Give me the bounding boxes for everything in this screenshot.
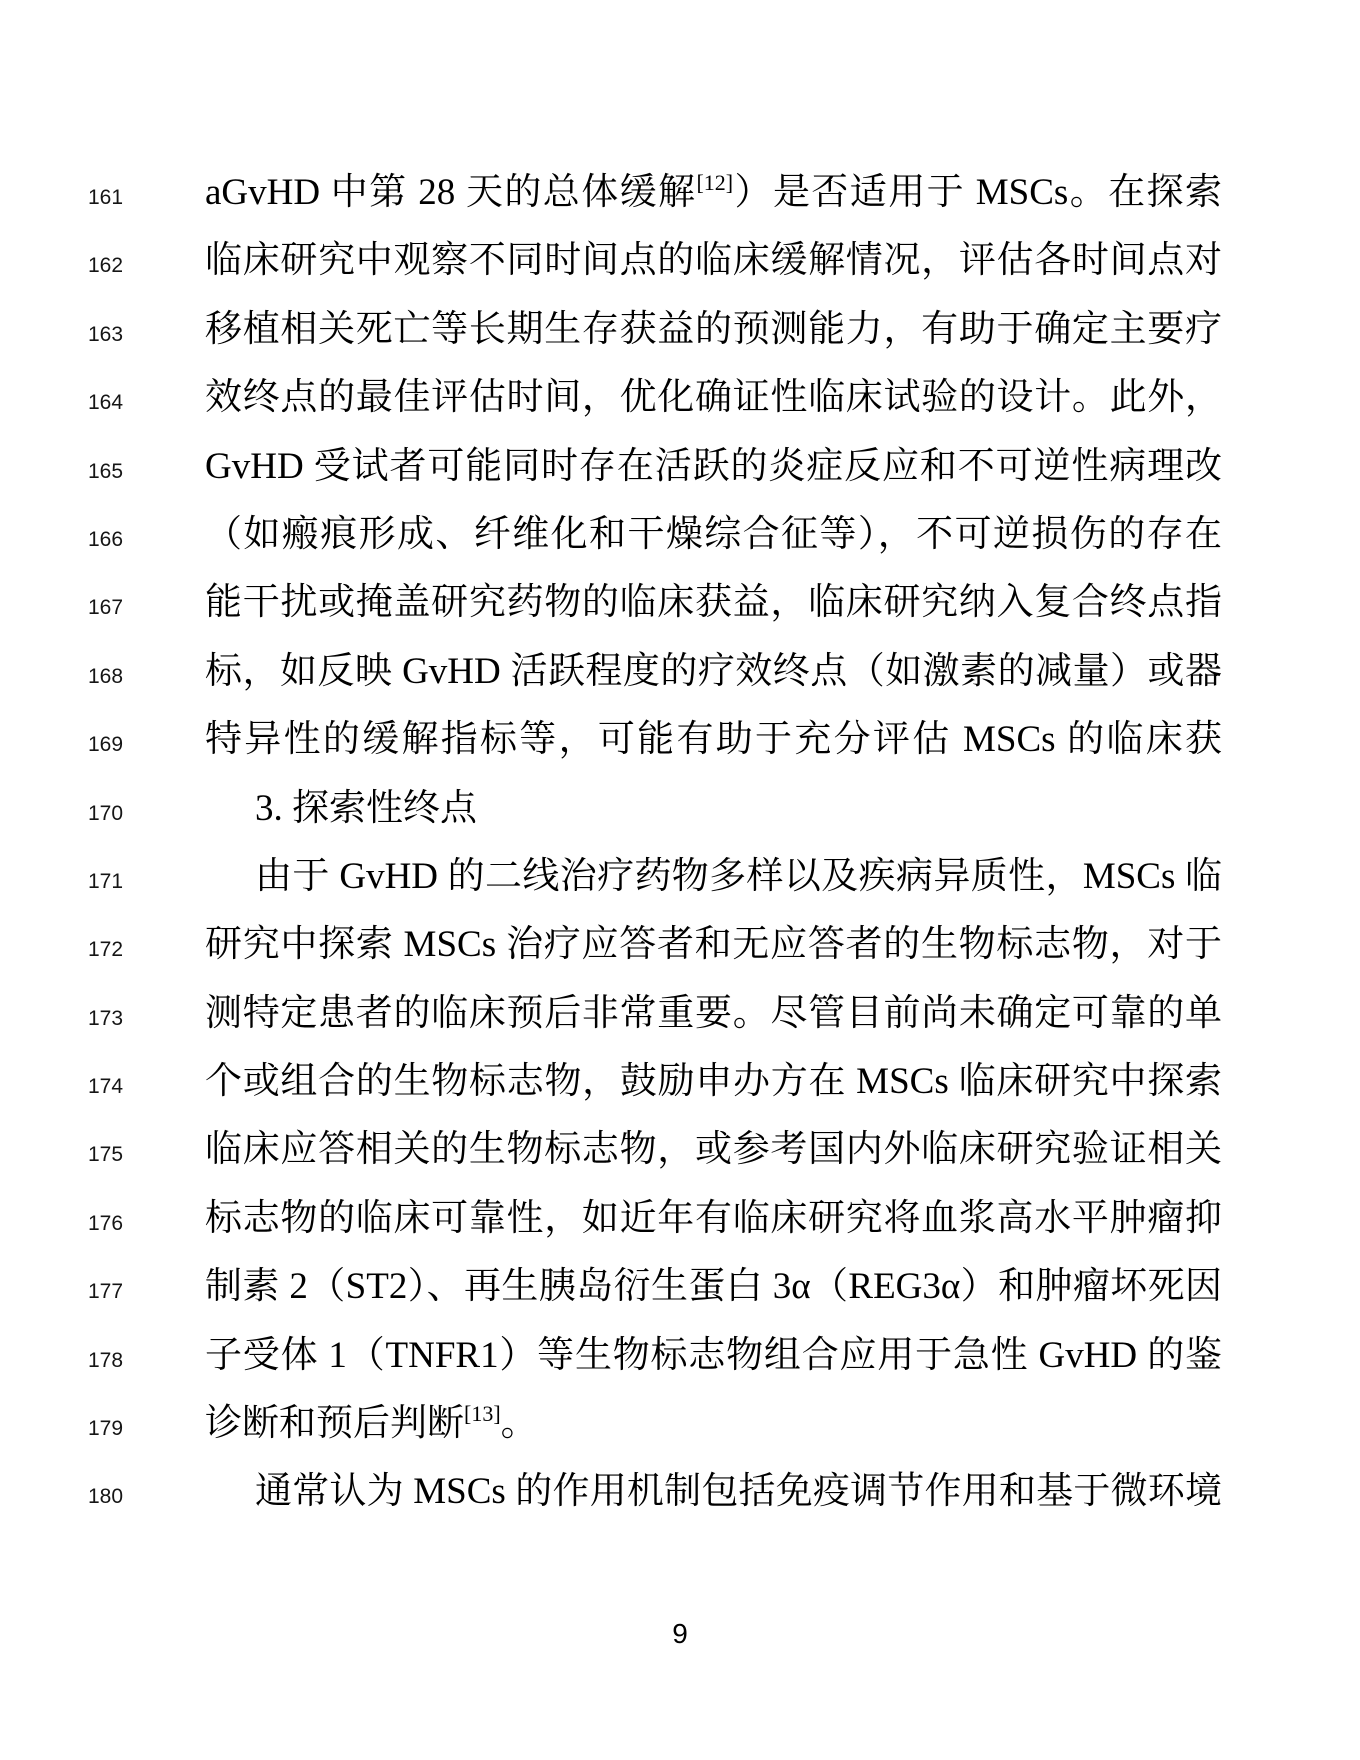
text-line: 170 3. 探索性终点 [0,775,1360,843]
line-text: 诊断和预后判断[13]。 [205,1390,1222,1458]
text-line: 163 移植相关死亡等长期生存获益的预测能力，有助于确定主要疗 [0,296,1360,364]
line-number: 166 [0,506,205,574]
line-text: aGvHD 中第 28 天的总体缓解[12]）是否适用于 MSCs。在探索性 [205,159,1222,227]
line-text: 标志物的临床可靠性，如近年有临床研究将血浆高水平肿瘤抑 [205,1185,1222,1253]
line-text: 子受体 1（TNFR1）等生物标志物组合应用于急性 GvHD 的鉴别 [205,1322,1222,1390]
line-number: 178 [0,1327,205,1395]
line-text: 效终点的最佳评估时间，优化确证性临床试验的设计。此外， [205,364,1222,432]
text-line: 179 诊断和预后判断[13]。 [0,1390,1360,1458]
line-number: 174 [0,1053,205,1121]
line-text: 特异性的缓解指标等，可能有助于充分评估 MSCs 的临床获益。 [205,706,1222,774]
text-line: 176 标志物的临床可靠性，如近年有临床研究将血浆高水平肿瘤抑 [0,1185,1360,1253]
line-text: 临床应答相关的生物标志物，或参考国内外临床研究验证相关 [205,1116,1222,1184]
text-line: 171 由于 GvHD 的二线治疗药物多样以及疾病异质性，MSCs 临床 [0,843,1360,911]
text-line: 180 通常认为 MSCs 的作用机制包括免疫调节作用和基于微环境 [0,1458,1360,1526]
line-number: 171 [0,848,205,916]
text-line: 162 临床研究中观察不同时间点的临床缓解情况，评估各时间点对 [0,227,1360,295]
text-line: 167 能干扰或掩盖研究药物的临床获益，临床研究纳入复合终点指 [0,569,1360,637]
line-text: 制素 2（ST2）、再生胰岛衍生蛋白 3α（REG3α）和肿瘤坏死因 [205,1253,1222,1321]
text-line: 165 GvHD 受试者可能同时存在活跃的炎症反应和不可逆性病理改变 [0,433,1360,501]
line-number: 169 [0,711,205,779]
page-number: 9 [672,1618,688,1649]
line-text-pre: aGvHD 中第 28 天的总体缓解 [205,172,696,213]
page-footer: 9 [0,1618,1360,1650]
footnote-ref-12: [12] [696,170,733,195]
line-text: 个或组合的生物标志物，鼓励申办方在 MSCs 临床研究中探索与 [205,1048,1222,1116]
line-text: 通常认为 MSCs 的作用机制包括免疫调节作用和基于微环境 [205,1458,1222,1526]
text-line: 168 标，如反映 GvHD 活跃程度的疗效终点（如激素的减量）或器官 [0,638,1360,706]
section-heading: 3. 探索性终点 [205,775,1222,843]
line-text: 标，如反映 GvHD 活跃程度的疗效终点（如激素的减量）或器官 [205,638,1222,706]
text-line: 161 aGvHD 中第 28 天的总体缓解[12]）是否适用于 MSCs。在探… [0,159,1360,227]
text-line: 169 特异性的缓解指标等，可能有助于充分评估 MSCs 的临床获益。 [0,706,1360,774]
line-number: 172 [0,916,205,984]
line-number: 162 [0,232,205,300]
line-text: 由于 GvHD 的二线治疗药物多样以及疾病异质性，MSCs 临床 [205,843,1222,911]
line-number: 163 [0,301,205,369]
line-number: 165 [0,438,205,506]
line-number: 177 [0,1258,205,1326]
text-line: 174 个或组合的生物标志物，鼓励申办方在 MSCs 临床研究中探索与 [0,1048,1360,1116]
line-number: 175 [0,1121,205,1189]
line-text: 能干扰或掩盖研究药物的临床获益，临床研究纳入复合终点指 [205,569,1222,637]
document-body: 161 aGvHD 中第 28 天的总体缓解[12]）是否适用于 MSCs。在探… [0,159,1360,1527]
line-text-post: 。 [501,1403,538,1444]
line-number: 170 [0,780,205,848]
text-line: 178 子受体 1（TNFR1）等生物标志物组合应用于急性 GvHD 的鉴别 [0,1322,1360,1390]
line-number: 164 [0,369,205,437]
line-number: 167 [0,574,205,642]
line-text: 研究中探索 MSCs 治疗应答者和无应答者的生物标志物，对于预 [205,911,1222,979]
text-line: 177 制素 2（ST2）、再生胰岛衍生蛋白 3α（REG3α）和肿瘤坏死因 [0,1253,1360,1321]
text-line: 172 研究中探索 MSCs 治疗应答者和无应答者的生物标志物，对于预 [0,911,1360,979]
line-number: 179 [0,1395,205,1463]
line-number: 173 [0,985,205,1053]
text-line: 164 效终点的最佳评估时间，优化确证性临床试验的设计。此外， [0,364,1360,432]
line-text: 移植相关死亡等长期生存获益的预测能力，有助于确定主要疗 [205,296,1222,364]
footnote-ref-13: [13] [464,1401,501,1426]
line-number: 176 [0,1190,205,1258]
line-text: 测特定患者的临床预后非常重要。尽管目前尚未确定可靠的单 [205,980,1222,1048]
line-number: 161 [0,164,205,232]
line-text: GvHD 受试者可能同时存在活跃的炎症反应和不可逆性病理改变 [205,433,1222,501]
line-text: 临床研究中观察不同时间点的临床缓解情况，评估各时间点对 [205,227,1222,295]
text-line: 173 测特定患者的临床预后非常重要。尽管目前尚未确定可靠的单 [0,980,1360,1048]
line-number: 168 [0,643,205,711]
line-text: （如瘢痕形成、纤维化和干燥综合征等），不可逆损伤的存在可 [205,501,1222,569]
text-line: 166 （如瘢痕形成、纤维化和干燥综合征等），不可逆损伤的存在可 [0,501,1360,569]
line-number: 180 [0,1463,205,1531]
text-line: 175 临床应答相关的生物标志物，或参考国内外临床研究验证相关 [0,1116,1360,1184]
line-text-pre: 诊断和预后判断 [205,1403,464,1444]
